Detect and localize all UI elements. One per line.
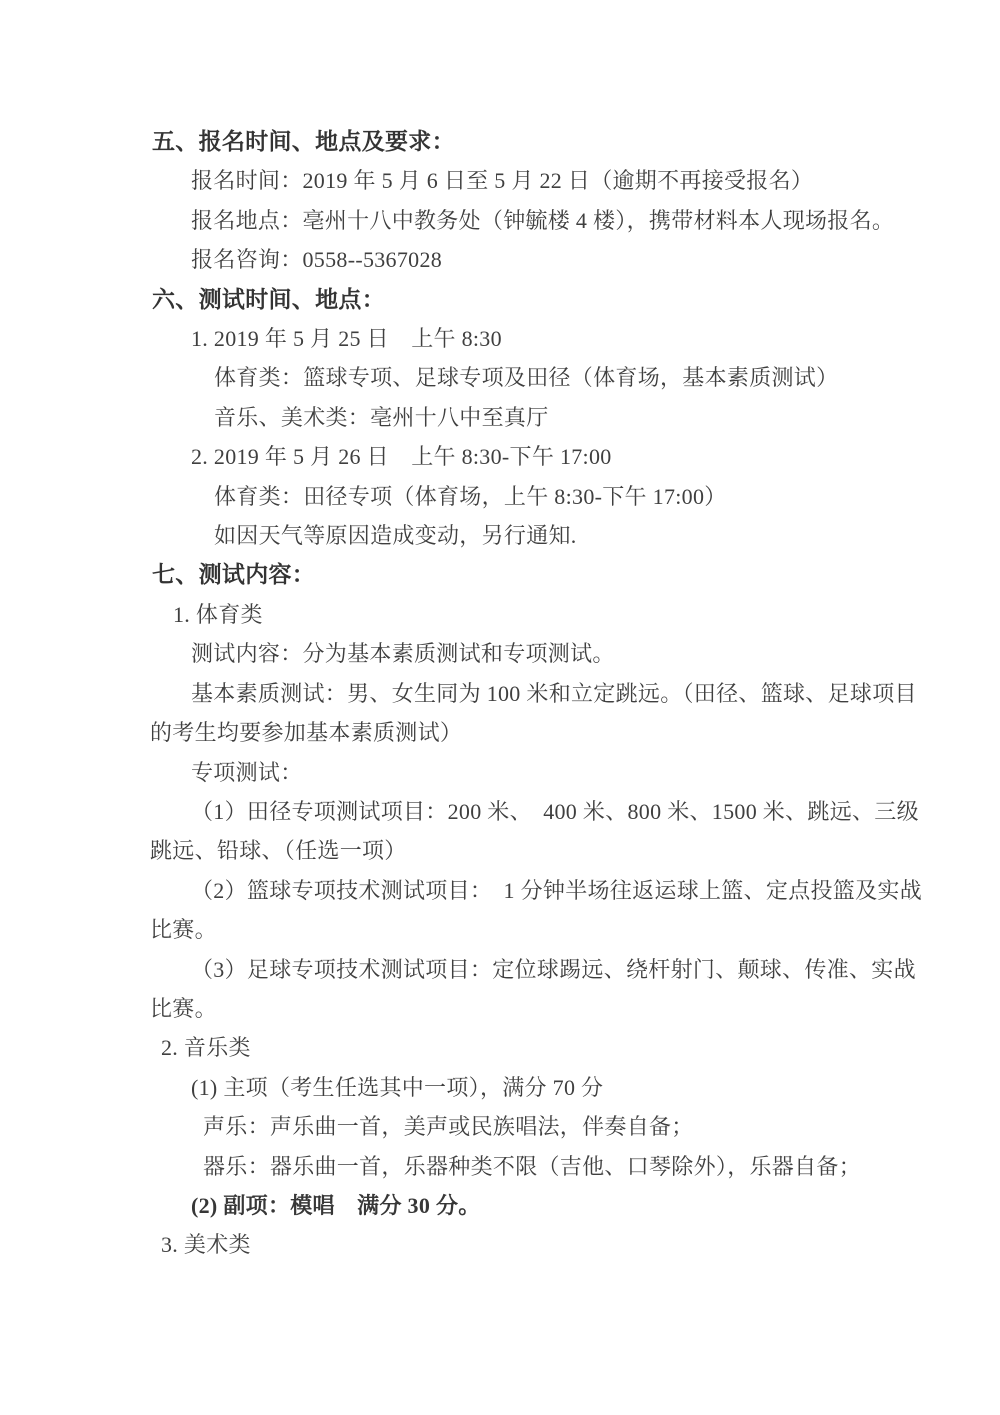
registration-phone: 报名咨询：0558--5367028 xyxy=(191,240,860,279)
special-test-label: 专项测试： xyxy=(191,753,860,792)
music-instrumental-line: 器乐：器乐曲一首，乐器种类不限（吉他、口琴除外），乐器自备； xyxy=(203,1147,860,1186)
registration-time: 报名时间：2019 年 5 月 6 日至 5 月 22 日（逾期不再接受报名） xyxy=(191,161,860,200)
music-vocal-line: 声乐：声乐曲一首，美声或民族唱法，伴奏自备； xyxy=(203,1107,860,1146)
section-heading-test-content: 七、测试内容： xyxy=(152,555,860,594)
item-art-category: 3. 美术类 xyxy=(161,1225,860,1264)
football-items-line2: 比赛。 xyxy=(150,989,860,1028)
test-date-2: 2. 2019 年 5 月 26 日 上午 8:30-下午 17:00 xyxy=(191,437,860,476)
document-content: 五、报名时间、地点及要求： 报名时间：2019 年 5 月 6 日至 5 月 2… xyxy=(150,122,860,1265)
test-date-2-sports: 体育类：田径专项（体育场，上午 8:30-下午 17:00） xyxy=(214,477,860,516)
track-field-items-line1: （1）田径专项测试项目：200 米、 400 米、800 米、1500 米、跳远… xyxy=(191,792,860,831)
section-heading-test-schedule: 六、测试时间、地点： xyxy=(152,280,860,319)
basic-quality-test-line2: 的考生均要参加基本素质测试） xyxy=(150,713,860,752)
item-sports-category: 1. 体育类 xyxy=(173,595,860,634)
music-sub-item: (2) 副项：模唱 满分 30 分。 xyxy=(191,1186,860,1225)
test-date-1-sports: 体育类：篮球专项、足球专项及田径（体育场，基本素质测试） xyxy=(214,358,860,397)
item-music-category: 2. 音乐类 xyxy=(161,1028,860,1067)
basic-quality-test-line1: 基本素质测试：男、女生同为 100 米和立定跳远。（田径、篮球、足球项目 xyxy=(191,674,860,713)
music-main-item: (1) 主项（考生任选其中一项），满分 70 分 xyxy=(191,1068,860,1107)
football-items-line1: （3）足球专项技术测试项目：定位球踢远、绕杆射门、颠球、传准、实战 xyxy=(191,950,860,989)
sports-test-content: 测试内容：分为基本素质测试和专项测试。 xyxy=(191,634,860,673)
basketball-items-line1: （2）篮球专项技术测试项目： 1 分钟半场往返运球上篮、定点投篮及实战 xyxy=(191,871,860,910)
test-date-1: 1. 2019 年 5 月 25 日 上午 8:30 xyxy=(191,319,860,358)
registration-location: 报名地点：亳州十八中教务处（钟毓楼 4 楼），携带材料本人现场报名。 xyxy=(191,201,860,240)
section-heading-registration: 五、报名时间、地点及要求： xyxy=(152,122,860,161)
document-page: 五、报名时间、地点及要求： 报名时间：2019 年 5 月 6 日至 5 月 2… xyxy=(0,0,1000,1415)
basketball-items-line2: 比赛。 xyxy=(150,910,860,949)
weather-change-notice: 如因天气等原因造成变动，另行通知. xyxy=(214,516,860,555)
track-field-items-line2: 跳远、铅球、（任选一项） xyxy=(150,831,860,870)
test-date-1-music-art: 音乐、美术类：亳州十八中至真厅 xyxy=(214,398,860,437)
